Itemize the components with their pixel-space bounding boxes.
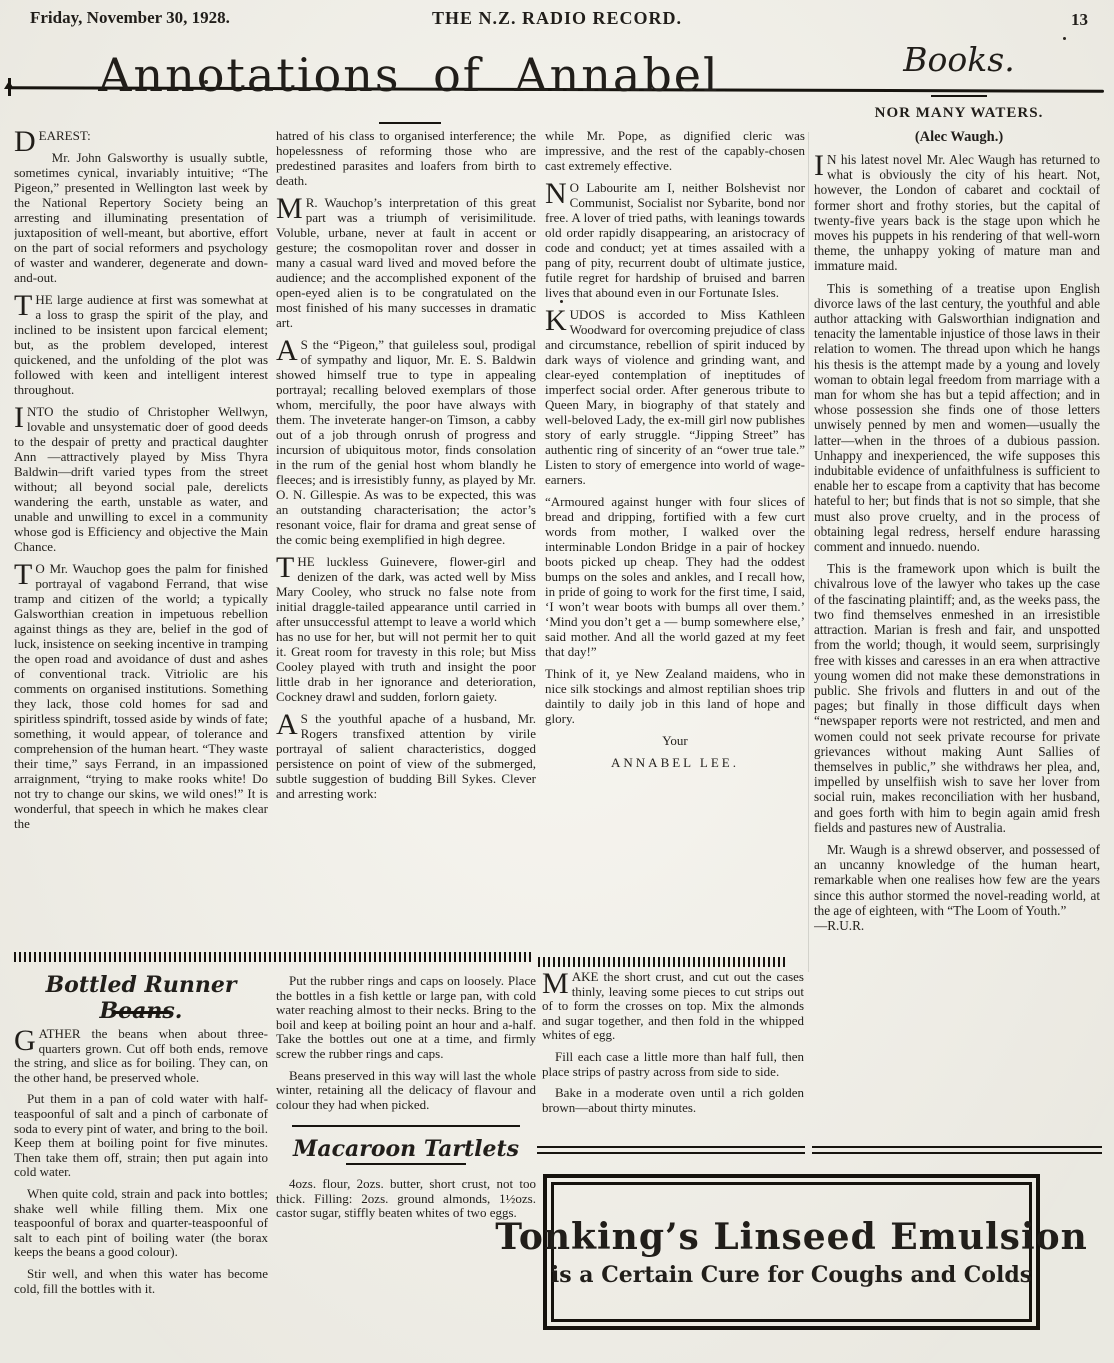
drop-cap: N — [545, 180, 570, 206]
paragraph: GATHER the beans when about three-quarte… — [14, 1027, 268, 1085]
double-rule — [537, 1146, 805, 1154]
paragraph: MAKE the short crust, and cut out the ca… — [542, 970, 804, 1043]
paragraph: Bake in a moderate oven until a rich gol… — [542, 1086, 804, 1115]
annabel-column-3: while Mr. Pope, as dignified cleric was … — [545, 128, 805, 958]
section-divider-band — [538, 957, 785, 967]
drop-cap: I — [14, 404, 27, 430]
books-column: IN his latest novel Mr. Alec Waugh has r… — [814, 152, 1100, 1130]
block-quote: “Armoured against hunger with four slice… — [545, 494, 805, 659]
section-divider-band — [14, 952, 531, 962]
ad-product-name: Tonking’s Linseed Emulsion — [495, 1216, 1088, 1258]
paragraph: NO Labourite am I, neither Bolshevist no… — [545, 180, 805, 300]
signoff: Your — [545, 733, 805, 748]
paragraph: AS the youthful apache of a husband, Mr.… — [276, 711, 536, 801]
drop-cap: A — [276, 337, 301, 363]
paragraph: KUDOS is accorded to Miss Kathleen Woodw… — [545, 307, 805, 487]
paragraph: This is the framework upon which is buil… — [814, 561, 1100, 835]
beans-article-title: Bottled Runner Beans. — [14, 972, 268, 1024]
beans-column-1: GATHER the beans when about three-quarte… — [14, 1027, 268, 1357]
column-separator — [808, 132, 809, 972]
tartlets-column: MAKE the short crust, and cut out the ca… — [542, 970, 804, 1146]
paragraph: THE large audience at first was somewhat… — [14, 292, 268, 397]
advertisement-border: Tonking’s Linseed Emulsion is a Certain … — [551, 1182, 1032, 1322]
article-separator-rule — [292, 1125, 520, 1127]
reviewer-initials: —R.U.R. — [814, 918, 1100, 933]
drop-cap: G — [14, 1027, 39, 1053]
paragraph: Mr. Waugh is a shrewd observer, and poss… — [814, 842, 1100, 918]
drop-cap: T — [14, 561, 35, 587]
newspaper-page: Friday, November 30, 1928. THE N.Z. RADI… — [0, 0, 1114, 1363]
drop-cap: M — [276, 195, 306, 221]
paragraph: IN his latest novel Mr. Alec Waugh has r… — [814, 152, 1100, 274]
paragraph: Mr. John Galsworthy is usually subtle, s… — [14, 150, 268, 285]
paragraph: When quite cold, strain and pack into bo… — [14, 1187, 268, 1260]
paragraph: TO Mr. Wauchop goes the palm for finishe… — [14, 561, 268, 831]
drop-cap: T — [14, 292, 35, 318]
paragraph: 4ozs. flour, 2ozs. butter, short crust, … — [276, 1177, 536, 1221]
paragraph: Put the rubber rings and caps on loosely… — [276, 974, 536, 1062]
ink-mark-icon — [8, 78, 11, 96]
paragraph: THE luckless Guinevere, flower-girl and … — [276, 554, 536, 704]
books-byline: (Alec Waugh.) — [818, 129, 1100, 146]
ad-tagline: is a Certain Cure for Coughs and Colds — [551, 1262, 1032, 1288]
salutation: DEAREST: — [14, 128, 268, 143]
paragraph: while Mr. Pope, as dignified cleric was … — [545, 128, 805, 173]
author-signature: ANNABEL LEE. — [545, 755, 805, 770]
drop-cap: D — [14, 128, 39, 154]
paragraph: Stir well, and when this water has becom… — [14, 1267, 268, 1296]
drop-cap: M — [542, 970, 572, 996]
paragraph: hatred of his class to organised interfe… — [276, 128, 536, 188]
paragraph: Think of it, ye New Zealand maidens, who… — [545, 666, 805, 726]
books-section-title: Books. — [818, 40, 1100, 79]
advertisement-tonkings: Tonking’s Linseed Emulsion is a Certain … — [543, 1174, 1040, 1330]
paragraph: This is something of a treatise upon Eng… — [814, 281, 1100, 555]
title-rule — [379, 122, 441, 124]
paragraph: Fill each case a little more than half f… — [542, 1050, 804, 1079]
annabel-column-2: hatred of his class to organised interfe… — [276, 128, 536, 954]
books-rule — [931, 95, 987, 97]
drop-cap: K — [545, 307, 570, 333]
paragraph: Beans preserved in this way will last th… — [276, 1069, 536, 1113]
drop-cap: I — [814, 152, 827, 178]
page-number: 13 — [1071, 10, 1088, 30]
paragraph: AS the “Pigeon,” that guileless soul, pr… — [276, 337, 536, 547]
tartlets-title-rule — [346, 1163, 466, 1165]
tartlets-article-title: Macaroon Tartlets — [276, 1142, 536, 1157]
beans-title-rule — [112, 1011, 170, 1014]
drop-cap: A — [276, 711, 301, 737]
double-rule — [812, 1146, 1102, 1154]
drop-cap: T — [276, 554, 297, 580]
books-review-title: NOR MANY WATERS. — [818, 105, 1100, 122]
paragraph: MR. Wauchop’s interpretation of this gre… — [276, 195, 536, 330]
annabel-column-1: DEAREST: Mr. John Galsworthy is usually … — [14, 128, 268, 954]
beans-column-2: Put the rubber rings and caps on loosely… — [276, 974, 536, 1357]
masthead: THE N.Z. RADIO RECORD. — [0, 8, 1114, 29]
paragraph: Put them in a pan of cold water with hal… — [14, 1092, 268, 1180]
article-title: Annotations of Annabel — [14, 48, 804, 102]
paragraph: INTO the studio of Christopher Wellwyn, … — [14, 404, 268, 554]
